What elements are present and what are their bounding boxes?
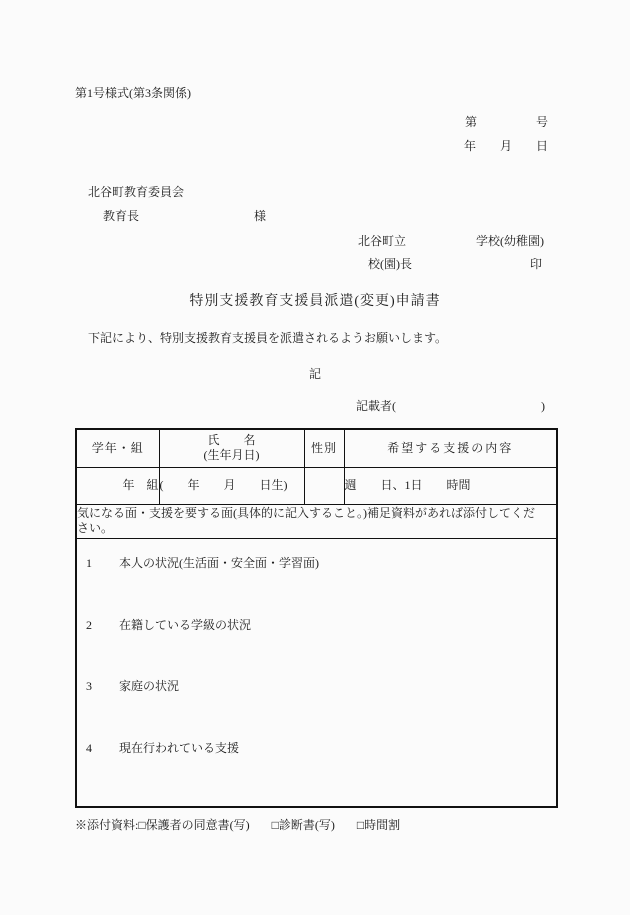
entry-sex — [304, 467, 344, 504]
checkbox-icon: □ — [357, 818, 364, 832]
detail-item-label: 現在行われている支援 — [119, 741, 239, 755]
entry-birthdate: ( 年 月 日生) — [159, 467, 304, 504]
entry-grade-class: 年 組 — [76, 467, 159, 504]
applicant-school-type: 学校(幼稚園) — [476, 234, 544, 248]
detail-item-number: 2 — [86, 618, 119, 633]
recorder-label: 記載者( — [356, 399, 396, 413]
doc-number-suffix: 号 — [536, 115, 548, 129]
doc-number-prefix: 第 — [465, 115, 477, 129]
checkbox-icon: □ — [272, 818, 279, 832]
header-name-line1: 氏 名 — [160, 433, 304, 448]
form-code: 第1号様式(第3条関係) — [75, 86, 191, 100]
attachment-option-label: 診断書(写) — [279, 818, 335, 832]
table-entry-row: 年 組 ( 年 月 日生) 週 日、1日 時間 — [76, 467, 557, 504]
attachments-label: ※添付資料: — [75, 818, 138, 832]
doc-date-month: 月 — [500, 139, 512, 153]
page-title: 特別支援教育支援員派遣(変更)申請書 — [0, 290, 630, 310]
recorder-line: 記載者() — [356, 399, 545, 413]
application-table: 学年・組 氏 名 (生年月日) 性別 希望する支援の内容 年 組 ( 年 月 日… — [75, 428, 558, 808]
detail-item-1: 1本人の状況(生活面・安全面・学習面) — [86, 556, 319, 571]
table-body-row: 1本人の状況(生活面・安全面・学習面) 2在籍している学級の状況 3家庭の状況 … — [76, 538, 557, 807]
detail-item-label: 本人の状況(生活面・安全面・学習面) — [119, 556, 319, 570]
checkbox-icon: □ — [138, 818, 145, 832]
detail-item-2: 2在籍している学級の状況 — [86, 618, 251, 633]
doc-date-day: 日 — [536, 139, 548, 153]
header-grade-class: 学年・組 — [76, 429, 159, 467]
note-line1: 気になる面・支援を要する面(具体的に記入すること。)補足資料があれば添付してくだ — [77, 506, 556, 521]
detail-item-3: 3家庭の状況 — [86, 679, 179, 694]
header-name-birthdate: 氏 名 (生年月日) — [159, 429, 304, 467]
note-cell: 気になる面・支援を要する面(具体的に記入すること。)補足資料があれば添付してくだ… — [76, 504, 557, 538]
attachment-option-label: 時間割 — [364, 818, 400, 832]
header-name-line2: (生年月日) — [160, 448, 304, 463]
applicant-principal: 校(園)長 — [368, 257, 412, 271]
detail-item-label: 在籍している学級の状況 — [119, 618, 251, 632]
header-support: 希望する支援の内容 — [344, 429, 557, 467]
detail-item-number: 4 — [86, 741, 119, 756]
detail-item-number: 1 — [86, 556, 119, 571]
request-sentence: 下記により、特別支援教育支援員を派遣されるようお願いします。 — [88, 331, 447, 345]
attachment-option-timetable: □時間割 — [357, 818, 400, 832]
details-cell: 1本人の状況(生活面・安全面・学習面) 2在籍している学級の状況 3家庭の状況 … — [76, 538, 557, 807]
seal-mark: 印 — [530, 257, 542, 271]
recorder-close-paren: ) — [541, 399, 545, 413]
addressee-role: 教育長 — [103, 209, 139, 223]
record-marker: 記 — [0, 365, 630, 382]
doc-date-year: 年 — [464, 139, 476, 153]
entry-support: 週 日、1日 時間 — [344, 467, 557, 504]
attachment-option-diagnosis: □診断書(写) — [272, 818, 335, 832]
addressee-org: 北谷町教育委員会 — [88, 185, 184, 199]
table-header-row: 学年・組 氏 名 (生年月日) 性別 希望する支援の内容 — [76, 429, 557, 467]
note-line2: さい。 — [77, 521, 556, 536]
detail-item-label: 家庭の状況 — [119, 679, 179, 693]
applicant-municipal: 北谷町立 — [358, 234, 406, 248]
addressee-honorific: 様 — [254, 209, 266, 223]
attachments-note: ※添付資料:□保護者の同意書(写)□診断書(写)□時間割 — [75, 816, 400, 833]
table-note-row: 気になる面・支援を要する面(具体的に記入すること。)補足資料があれば添付してくだ… — [76, 504, 557, 538]
document-page: 第1号様式(第3条関係) 第 号 年 月 日 北谷町教育委員会 教育長 様 北谷… — [0, 0, 630, 915]
attachment-option-consent: □保護者の同意書(写) — [138, 818, 249, 832]
attachment-option-label: 保護者の同意書(写) — [146, 818, 250, 832]
detail-item-number: 3 — [86, 679, 119, 694]
detail-item-4: 4現在行われている支援 — [86, 741, 239, 756]
header-sex: 性別 — [304, 429, 344, 467]
